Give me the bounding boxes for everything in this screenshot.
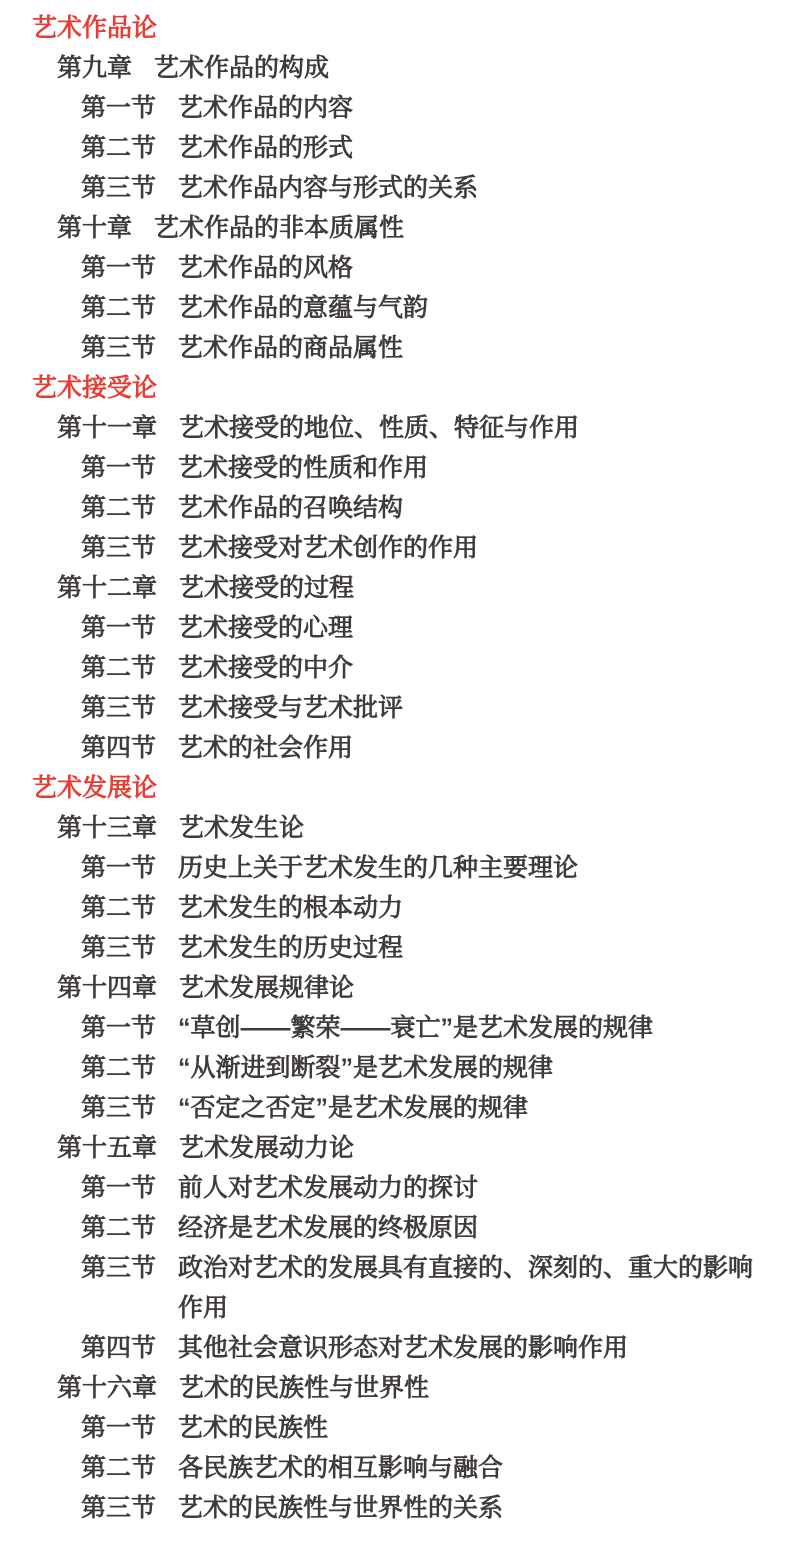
section-row: 第三节艺术接受与艺术批评 (0, 688, 790, 728)
section-number: 第三节 (81, 168, 156, 208)
section-row: 第一节艺术作品的风格 (0, 248, 790, 288)
section-title: 前人对艺术发展动力的探讨 (178, 1168, 766, 1208)
section-row: 第一节历史上关于艺术发生的几种主要理论 (0, 848, 790, 888)
chapter-number: 第十章 (57, 208, 132, 248)
section-title: “草创——繁荣——衰亡”是艺术发展的规律 (178, 1008, 766, 1048)
section-row: 第二节各民族艺术的相互影响与融合 (0, 1448, 790, 1488)
section-number: 第二节 (81, 1048, 156, 1088)
chapter-row: 第十章艺术作品的非本质属性 (0, 208, 790, 248)
section-row: 第三节政治对艺术的发展具有直接的、深刻的、重大的影响作用 (0, 1248, 790, 1328)
section-title: 各民族艺术的相互影响与融合 (178, 1448, 766, 1488)
chapter-row: 第十六章艺术的民族性与世界性 (0, 1368, 790, 1408)
part-heading: 艺术作品论 (0, 8, 790, 48)
section-number: 第三节 (81, 688, 156, 728)
section-row: 第三节艺术发生的历史过程 (0, 928, 790, 968)
chapter-number: 第十五章 (57, 1128, 157, 1168)
section-row: 第三节艺术的民族性与世界性的关系 (0, 1488, 790, 1528)
section-number: 第二节 (81, 1208, 156, 1248)
chapter-title: 艺术接受的地位、性质、特征与作用 (179, 408, 766, 448)
section-title: 艺术作品的召唤结构 (178, 488, 766, 528)
section-row: 第三节艺术作品的商品属性 (0, 328, 790, 368)
section-title: 艺术作品的形式 (178, 128, 766, 168)
section-row: 第一节艺术作品的内容 (0, 88, 790, 128)
section-title: 经济是艺术发展的终极原因 (178, 1208, 766, 1248)
section-row: 第二节艺术接受的中介 (0, 648, 790, 688)
section-number: 第一节 (81, 848, 156, 888)
section-number: 第四节 (81, 1328, 156, 1368)
section-row: 第三节艺术接受对艺术创作的作用 (0, 528, 790, 568)
section-row: 第四节艺术的社会作用 (0, 728, 790, 768)
chapter-title: 艺术接受的过程 (179, 568, 766, 608)
section-title: 艺术接受与艺术批评 (178, 688, 766, 728)
section-number: 第二节 (81, 488, 156, 528)
section-title: 历史上关于艺术发生的几种主要理论 (178, 848, 766, 888)
section-row: 第二节艺术作品的召唤结构 (0, 488, 790, 528)
chapter-row: 第十五章艺术发展动力论 (0, 1128, 790, 1168)
chapter-title: 艺术作品的构成 (154, 48, 766, 88)
chapter-number: 第十一章 (57, 408, 157, 448)
section-title: 艺术发生的历史过程 (178, 928, 766, 968)
section-title: 艺术接受的性质和作用 (178, 448, 766, 488)
section-number: 第三节 (81, 928, 156, 968)
chapter-title: 艺术作品的非本质属性 (154, 208, 766, 248)
section-number: 第一节 (81, 88, 156, 128)
section-number: 第一节 (81, 1408, 156, 1448)
chapter-number: 第十六章 (57, 1368, 157, 1408)
chapter-row: 第十二章艺术接受的过程 (0, 568, 790, 608)
section-number: 第三节 (81, 328, 156, 368)
section-number: 第一节 (81, 448, 156, 488)
section-number: 第三节 (81, 1248, 156, 1288)
section-title: “从渐进到断裂”是艺术发展的规律 (178, 1048, 766, 1088)
section-row: 第二节艺术作品的意蕴与气韵 (0, 288, 790, 328)
part-heading: 艺术接受论 (0, 368, 790, 408)
toc-page: 艺术作品论第九章艺术作品的构成第一节艺术作品的内容第二节艺术作品的形式第三节艺术… (0, 0, 790, 1528)
section-number: 第二节 (81, 1448, 156, 1488)
chapter-title: 艺术发展动力论 (179, 1128, 766, 1168)
section-title: 艺术接受的心理 (178, 608, 766, 648)
section-number: 第三节 (81, 528, 156, 568)
section-row: 第三节“否定之否定”是艺术发展的规律 (0, 1088, 790, 1128)
section-row: 第二节艺术发生的根本动力 (0, 888, 790, 928)
section-title: 艺术作品内容与形式的关系 (178, 168, 766, 208)
section-number: 第二节 (81, 288, 156, 328)
section-title: 艺术作品的意蕴与气韵 (178, 288, 766, 328)
chapter-title: 艺术的民族性与世界性 (179, 1368, 766, 1408)
chapter-number: 第九章 (57, 48, 132, 88)
section-row: 第一节前人对艺术发展动力的探讨 (0, 1168, 790, 1208)
chapter-number: 第十四章 (57, 968, 157, 1008)
chapter-row: 第十四章艺术发展规律论 (0, 968, 790, 1008)
section-title: “否定之否定”是艺术发展的规律 (178, 1088, 766, 1128)
section-title: 艺术的社会作用 (178, 728, 766, 768)
chapter-row: 第九章艺术作品的构成 (0, 48, 790, 88)
section-title: 艺术作品的风格 (178, 248, 766, 288)
section-title: 政治对艺术的发展具有直接的、深刻的、重大的影响作用 (178, 1248, 766, 1328)
section-number: 第二节 (81, 648, 156, 688)
section-row: 第二节经济是艺术发展的终极原因 (0, 1208, 790, 1248)
section-row: 第四节其他社会意识形态对艺术发展的影响作用 (0, 1328, 790, 1368)
section-row: 第一节“草创——繁荣——衰亡”是艺术发展的规律 (0, 1008, 790, 1048)
section-number: 第一节 (81, 608, 156, 648)
chapter-number: 第十三章 (57, 808, 157, 848)
section-number: 第三节 (81, 1488, 156, 1528)
section-number: 第一节 (81, 248, 156, 288)
section-title: 艺术的民族性与世界性的关系 (178, 1488, 766, 1528)
chapter-title: 艺术发生论 (179, 808, 766, 848)
section-number: 第一节 (81, 1008, 156, 1048)
chapter-row: 第十三章艺术发生论 (0, 808, 790, 848)
section-number: 第四节 (81, 728, 156, 768)
part-heading: 艺术发展论 (0, 768, 790, 808)
section-title: 艺术发生的根本动力 (178, 888, 766, 928)
section-row: 第一节艺术接受的心理 (0, 608, 790, 648)
section-number: 第二节 (81, 888, 156, 928)
section-number: 第二节 (81, 128, 156, 168)
section-title: 艺术作品的商品属性 (178, 328, 766, 368)
section-row: 第三节艺术作品内容与形式的关系 (0, 168, 790, 208)
section-number: 第三节 (81, 1088, 156, 1128)
section-title: 艺术接受对艺术创作的作用 (178, 528, 766, 568)
section-title: 艺术接受的中介 (178, 648, 766, 688)
chapter-title: 艺术发展规律论 (179, 968, 766, 1008)
section-row: 第一节艺术接受的性质和作用 (0, 448, 790, 488)
section-title: 艺术的民族性 (178, 1408, 766, 1448)
section-title: 艺术作品的内容 (178, 88, 766, 128)
section-row: 第一节艺术的民族性 (0, 1408, 790, 1448)
section-title: 其他社会意识形态对艺术发展的影响作用 (178, 1328, 766, 1368)
section-row: 第二节“从渐进到断裂”是艺术发展的规律 (0, 1048, 790, 1088)
section-number: 第一节 (81, 1168, 156, 1208)
chapter-number: 第十二章 (57, 568, 157, 608)
chapter-row: 第十一章艺术接受的地位、性质、特征与作用 (0, 408, 790, 448)
section-row: 第二节艺术作品的形式 (0, 128, 790, 168)
